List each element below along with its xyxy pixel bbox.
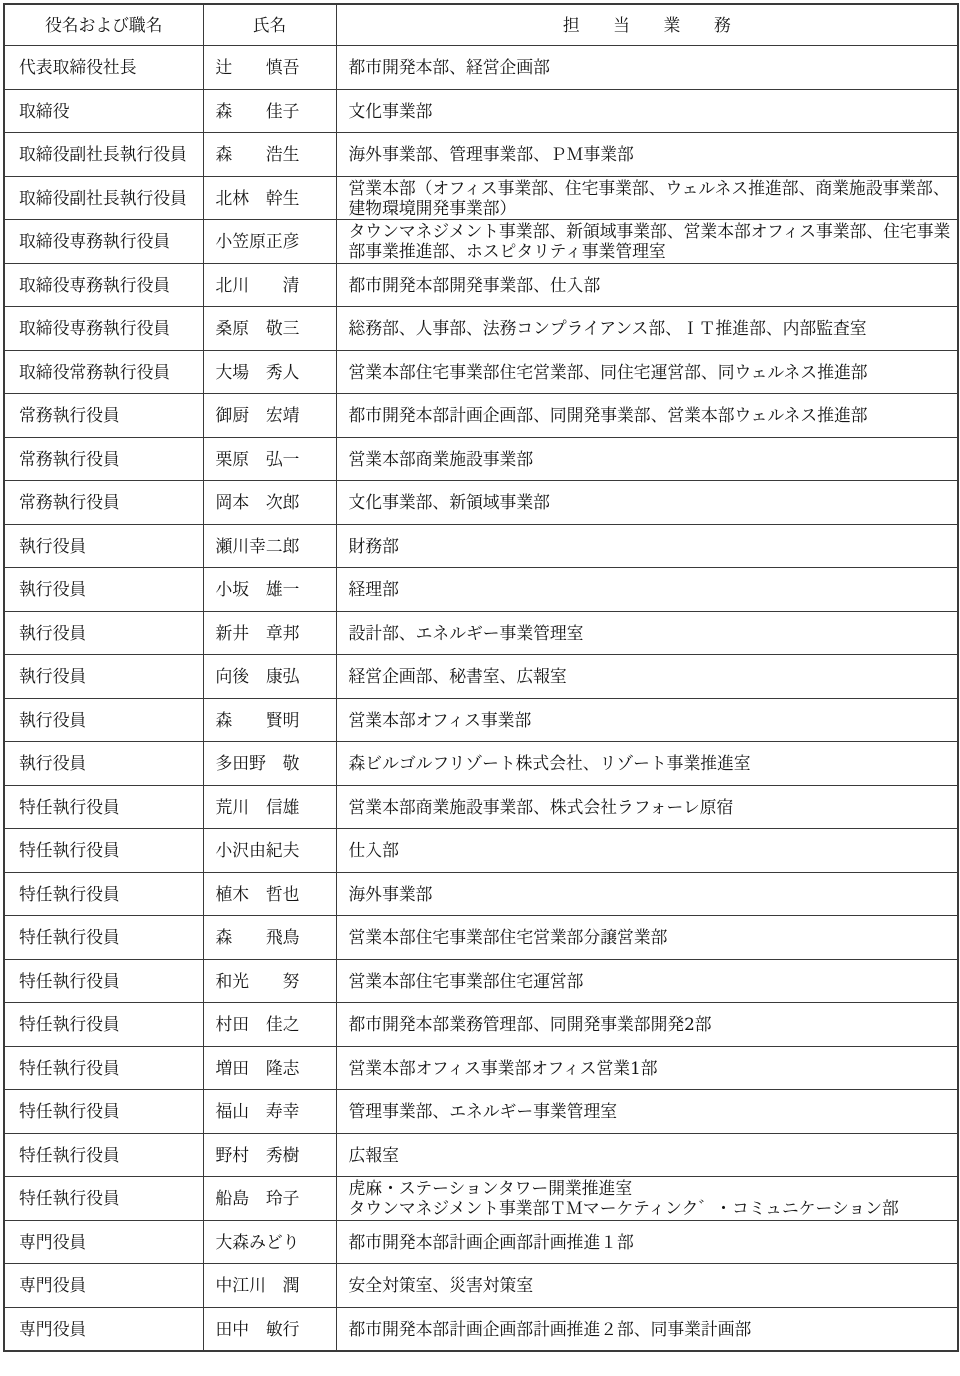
duty-cell: 都市開発本部開発事業部、仕入部	[336, 263, 958, 307]
duty-cell: 海外事業部	[336, 872, 958, 916]
duty-cell: 都市開発本部、経営企画部	[336, 46, 958, 90]
table-row: 取締役専務執行役員小笠原正彦タウンマネジメント事業部、新領域事業部、営業本部オフ…	[4, 220, 958, 264]
role-cell: 特任執行役員	[4, 829, 203, 873]
name-cell: 小笠原正彦	[203, 220, 336, 264]
table-row: 執行役員瀬川幸二郎財務部	[4, 524, 958, 568]
role-cell: 特任執行役員	[4, 1177, 203, 1221]
table-row: 執行役員小坂 雄一経理部	[4, 568, 958, 612]
name-cell: 船島 玲子	[203, 1177, 336, 1221]
name-cell: 森 賢明	[203, 698, 336, 742]
duty-cell: 文化事業部	[336, 89, 958, 133]
table-row: 特任執行役員和光 努営業本部住宅事業部住宅運営部	[4, 959, 958, 1003]
name-cell: 森 飛鳥	[203, 916, 336, 960]
role-cell: 執行役員	[4, 655, 203, 699]
duty-cell: 森ビルゴルフリゾート株式会社、リゾート事業推進室	[336, 742, 958, 786]
duty-cell: 都市開発本部業務管理部、同開発事業部開発2部	[336, 1003, 958, 1047]
role-cell: 特任執行役員	[4, 872, 203, 916]
duty-cell: 設計部、エネルギー事業管理室	[336, 611, 958, 655]
table-row: 常務執行役員岡本 次郎文化事業部、新領域事業部	[4, 481, 958, 525]
name-cell: 多田野 敬	[203, 742, 336, 786]
duty-cell: 安全対策室、災害対策室	[336, 1264, 958, 1308]
table-row: 取締役副社長執行役員森 浩生海外事業部、管理事業部、ＰＭ事業部	[4, 133, 958, 177]
role-cell: 取締役	[4, 89, 203, 133]
name-cell: 辻 慎吾	[203, 46, 336, 90]
table-row: 特任執行役員森 飛鳥営業本部住宅事業部住宅営業部分譲営業部	[4, 916, 958, 960]
role-cell: 専門役員	[4, 1264, 203, 1308]
role-cell: 取締役専務執行役員	[4, 307, 203, 351]
role-cell: 特任執行役員	[4, 1046, 203, 1090]
role-cell: 特任執行役員	[4, 1133, 203, 1177]
table-row: 専門役員大森みどり都市開発本部計画企画部計画推進１部	[4, 1220, 958, 1264]
duty-cell: 営業本部（オフィス事業部、住宅事業部、ウェルネス推進部、商業施設事業部、 建物環…	[336, 176, 958, 220]
role-cell: 常務執行役員	[4, 437, 203, 481]
table-row: 専門役員田中 敏行都市開発本部計画企画部計画推進２部、同事業計画部	[4, 1307, 958, 1351]
name-cell: 野村 秀樹	[203, 1133, 336, 1177]
duty-cell: 虎麻・ステーションタワー開業推進室 タウンマネジメント事業部ＴＭマーケティンク゛…	[336, 1177, 958, 1221]
table-row: 執行役員向後 康弘経営企画部、秘書室、広報室	[4, 655, 958, 699]
role-cell: 特任執行役員	[4, 916, 203, 960]
name-cell: 森 浩生	[203, 133, 336, 177]
name-cell: 栗原 弘一	[203, 437, 336, 481]
duty-cell: 営業本部住宅事業部住宅営業部、同住宅運営部、同ウェルネス推進部	[336, 350, 958, 394]
duty-cell: 仕入部	[336, 829, 958, 873]
table-row: 特任執行役員福山 寿幸管理事業部、エネルギー事業管理室	[4, 1090, 958, 1134]
table-row: 特任執行役員荒川 信雄営業本部商業施設事業部、株式会社ラフォーレ原宿	[4, 785, 958, 829]
duty-cell: 管理事業部、エネルギー事業管理室	[336, 1090, 958, 1134]
duty-cell: 文化事業部、新領域事業部	[336, 481, 958, 525]
role-cell: 取締役常務執行役員	[4, 350, 203, 394]
role-cell: 取締役副社長執行役員	[4, 176, 203, 220]
name-cell: 中江川 潤	[203, 1264, 336, 1308]
name-cell: 荒川 信雄	[203, 785, 336, 829]
role-cell: 取締役専務執行役員	[4, 263, 203, 307]
table-row: 取締役森 佳子文化事業部	[4, 89, 958, 133]
duty-cell: 経営企画部、秘書室、広報室	[336, 655, 958, 699]
role-cell: 特任執行役員	[4, 1090, 203, 1134]
table-row: 取締役常務執行役員大場 秀人営業本部住宅事業部住宅営業部、同住宅運営部、同ウェル…	[4, 350, 958, 394]
table-row: 特任執行役員船島 玲子虎麻・ステーションタワー開業推進室 タウンマネジメント事業…	[4, 1177, 958, 1221]
name-cell: 田中 敏行	[203, 1307, 336, 1351]
table-row: 特任執行役員野村 秀樹広報室	[4, 1133, 958, 1177]
name-cell: 村田 佳之	[203, 1003, 336, 1047]
table-row: 専門役員中江川 潤安全対策室、災害対策室	[4, 1264, 958, 1308]
role-cell: 取締役副社長執行役員	[4, 133, 203, 177]
duty-cell: 営業本部商業施設事業部、株式会社ラフォーレ原宿	[336, 785, 958, 829]
table-body: 代表取締役社長辻 慎吾都市開発本部、経営企画部取締役森 佳子文化事業部取締役副社…	[4, 46, 958, 1352]
table-row: 取締役副社長執行役員北林 幹生営業本部（オフィス事業部、住宅事業部、ウェルネス推…	[4, 176, 958, 220]
duty-cell: 営業本部住宅事業部住宅営業部分譲営業部	[336, 916, 958, 960]
header-role-and-title: 役名および職名	[4, 4, 203, 46]
role-cell: 執行役員	[4, 611, 203, 655]
role-cell: 専門役員	[4, 1220, 203, 1264]
role-cell: 特任執行役員	[4, 1003, 203, 1047]
table-row: 取締役専務執行役員桑原 敬三総務部、人事部、法務コンプライアンス部、ＩＴ推進部、…	[4, 307, 958, 351]
duty-cell: 財務部	[336, 524, 958, 568]
header-assigned-duties: 担 当 業 務	[336, 4, 958, 46]
name-cell: 森 佳子	[203, 89, 336, 133]
table-row: 特任執行役員植木 哲也海外事業部	[4, 872, 958, 916]
name-cell: 大森みどり	[203, 1220, 336, 1264]
name-cell: 向後 康弘	[203, 655, 336, 699]
name-cell: 瀬川幸二郎	[203, 524, 336, 568]
duty-cell: 営業本部商業施設事業部	[336, 437, 958, 481]
name-cell: 桑原 敬三	[203, 307, 336, 351]
table-row: 取締役専務執行役員北川 清都市開発本部開発事業部、仕入部	[4, 263, 958, 307]
name-cell: 北林 幹生	[203, 176, 336, 220]
name-cell: 福山 寿幸	[203, 1090, 336, 1134]
document-page: 役名および職名 氏名 担 当 業 務 代表取締役社長辻 慎吾都市開発本部、経営企…	[0, 0, 960, 1376]
duty-cell: 都市開発本部計画企画部、同開発事業部、営業本部ウェルネス推進部	[336, 394, 958, 438]
role-cell: 執行役員	[4, 524, 203, 568]
table-row: 特任執行役員村田 佳之都市開発本部業務管理部、同開発事業部開発2部	[4, 1003, 958, 1047]
name-cell: 北川 清	[203, 263, 336, 307]
name-cell: 新井 章邦	[203, 611, 336, 655]
duty-cell: 都市開発本部計画企画部計画推進１部	[336, 1220, 958, 1264]
role-cell: 取締役専務執行役員	[4, 220, 203, 264]
table-row: 代表取締役社長辻 慎吾都市開発本部、経営企画部	[4, 46, 958, 90]
name-cell: 小坂 雄一	[203, 568, 336, 612]
table-row: 特任執行役員小沢由紀夫仕入部	[4, 829, 958, 873]
role-cell: 常務執行役員	[4, 394, 203, 438]
table-row: 執行役員多田野 敬森ビルゴルフリゾート株式会社、リゾート事業推進室	[4, 742, 958, 786]
duty-cell: 広報室	[336, 1133, 958, 1177]
duty-cell: 営業本部住宅事業部住宅運営部	[336, 959, 958, 1003]
name-cell: 大場 秀人	[203, 350, 336, 394]
header-name: 氏名	[203, 4, 336, 46]
table-row: 常務執行役員栗原 弘一営業本部商業施設事業部	[4, 437, 958, 481]
table-row: 常務執行役員御厨 宏靖都市開発本部計画企画部、同開発事業部、営業本部ウェルネス推…	[4, 394, 958, 438]
role-cell: 執行役員	[4, 698, 203, 742]
role-cell: 常務執行役員	[4, 481, 203, 525]
table-row: 執行役員森 賢明営業本部オフィス事業部	[4, 698, 958, 742]
role-cell: 特任執行役員	[4, 785, 203, 829]
role-cell: 執行役員	[4, 568, 203, 612]
name-cell: 小沢由紀夫	[203, 829, 336, 873]
table-row: 特任執行役員増田 隆志営業本部オフィス事業部オフィス営業1部	[4, 1046, 958, 1090]
table-header: 役名および職名 氏名 担 当 業 務	[4, 4, 958, 46]
name-cell: 植木 哲也	[203, 872, 336, 916]
name-cell: 御厨 宏靖	[203, 394, 336, 438]
duty-cell: タウンマネジメント事業部、新領域事業部、営業本部オフィス事業部、住宅事業 部事業…	[336, 220, 958, 264]
executive-assignment-table: 役名および職名 氏名 担 当 業 務 代表取締役社長辻 慎吾都市開発本部、経営企…	[3, 3, 959, 1352]
role-cell: 特任執行役員	[4, 959, 203, 1003]
name-cell: 和光 努	[203, 959, 336, 1003]
role-cell: 執行役員	[4, 742, 203, 786]
header-row: 役名および職名 氏名 担 当 業 務	[4, 4, 958, 46]
name-cell: 岡本 次郎	[203, 481, 336, 525]
role-cell: 専門役員	[4, 1307, 203, 1351]
table-row: 執行役員新井 章邦設計部、エネルギー事業管理室	[4, 611, 958, 655]
duty-cell: 都市開発本部計画企画部計画推進２部、同事業計画部	[336, 1307, 958, 1351]
duty-cell: 経理部	[336, 568, 958, 612]
duty-cell: 海外事業部、管理事業部、ＰＭ事業部	[336, 133, 958, 177]
duty-cell: 営業本部オフィス事業部	[336, 698, 958, 742]
name-cell: 増田 隆志	[203, 1046, 336, 1090]
duty-cell: 総務部、人事部、法務コンプライアンス部、ＩＴ推進部、内部監査室	[336, 307, 958, 351]
duty-cell: 営業本部オフィス事業部オフィス営業1部	[336, 1046, 958, 1090]
role-cell: 代表取締役社長	[4, 46, 203, 90]
